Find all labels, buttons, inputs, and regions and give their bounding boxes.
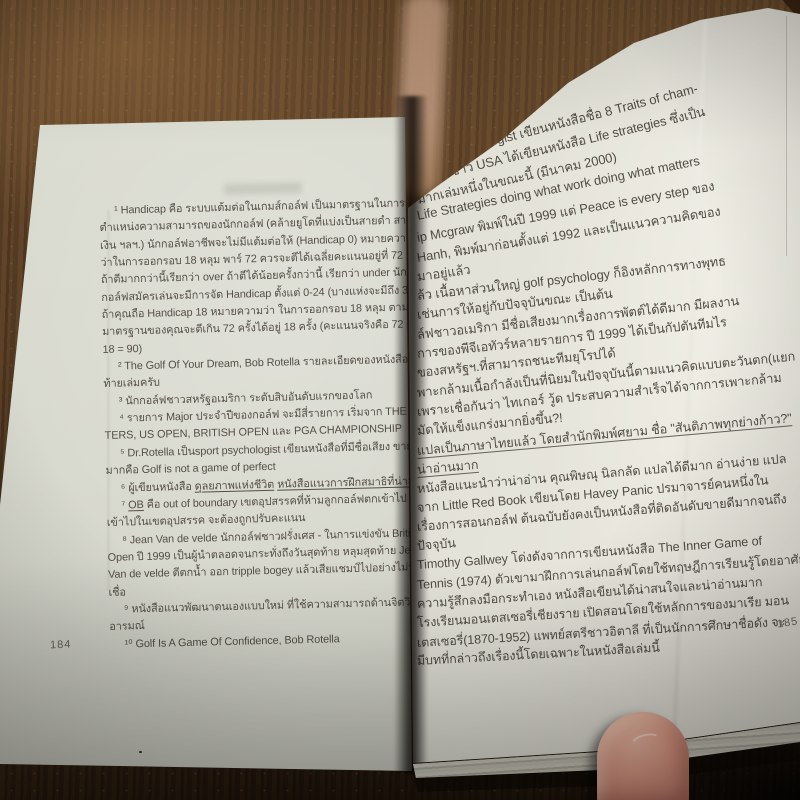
left-page-number: 184 <box>50 639 72 652</box>
photo-open-book: ¹ Handicap คือ ระบบแต้มต่อในเกมส์กอล์ฟ เ… <box>0 0 800 800</box>
underlying-page-edge-line <box>786 16 787 256</box>
right-page-number: 185 <box>776 615 799 630</box>
fingertip-crease <box>628 730 663 755</box>
fingertip <box>597 712 689 800</box>
header-showthrough <box>224 182 302 195</box>
paper-speck <box>139 751 142 753</box>
footnotes-text-block: ¹ Handicap คือ ระบบแต้มต่อในเกมส์กอล์ฟ เ… <box>99 195 430 654</box>
book-gutter-shadow <box>394 96 428 774</box>
